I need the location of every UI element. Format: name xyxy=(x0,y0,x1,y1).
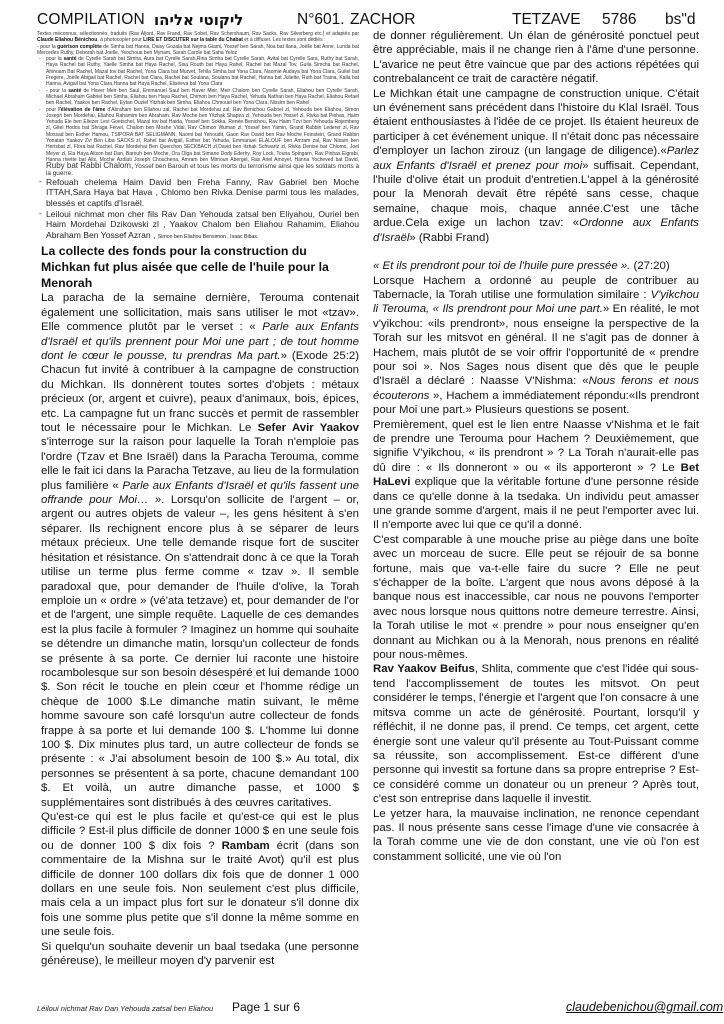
article-paragraph: « Et ils prendront pour toi de l'huile p… xyxy=(373,259,699,273)
emphasized-source: Rambam xyxy=(222,840,270,852)
parsha-name-1: ZACHOR xyxy=(350,11,415,29)
article-paragraph: Si quelqu'un souhaite devenir un baal ts… xyxy=(37,940,359,969)
paragraph-text: Premièrement, quel est le lien entre Naa… xyxy=(373,419,699,474)
paragraph-text: ». Lorsqu'on sollicite de l'argent – or,… xyxy=(41,494,359,809)
paragraph-text: (27:20) xyxy=(630,260,669,272)
paragraph-text: Le Michkan était une campagne de constru… xyxy=(373,88,699,158)
article-title: La collecte des fonds pour la constructi… xyxy=(37,243,359,291)
dedication-prefix: pour la xyxy=(40,44,55,50)
quoted-verse: « Et ils prendront pour toi de l'huile p… xyxy=(373,260,630,272)
paragraph-gap xyxy=(373,245,699,259)
lire-discuter: LIRE ET DISCUTER sur la table du Chabat xyxy=(143,37,243,43)
paragraph-text: explique que la véritable fortune d'une … xyxy=(373,476,699,531)
article-paragraph: Qu'est-ce qui est le plus facile et qu'e… xyxy=(37,810,359,940)
sources-text: Textes méconnus, sélectionnés, traduits … xyxy=(37,31,359,37)
article-paragraph: de donner régulièrement. Un élan de géné… xyxy=(373,29,699,87)
paragraph-text: » (Rabbi Frand) xyxy=(409,232,489,244)
parsha-name-2: TETZAVE xyxy=(512,11,581,29)
bsd-mark: bs"d xyxy=(665,11,696,29)
article-paragraph: Premièrement, quel est le lien entre Naa… xyxy=(373,418,699,533)
dedication-keyword: guérison complète xyxy=(57,44,102,50)
dedication-keyword: l'élévation de l'âme xyxy=(58,107,105,113)
refouah-chelema: Refouah chelema Haim David ben Freha Fan… xyxy=(37,177,359,209)
leiloui-small: Simon ben Eliahou Bensimon , Isaac Bibas… xyxy=(158,234,259,240)
dedication-prefix: pour la xyxy=(46,56,62,62)
page-footer: Léiloui nichmat Rav Dan Yehouda zatsal b… xyxy=(0,1001,724,1019)
email-link[interactable]: claudebenichou@gmail.com xyxy=(566,1000,723,1014)
article-paragraph: Le yetzer hara, la mauvaise inclination,… xyxy=(373,807,699,865)
leiloui-nichmat: Leiloui nichmat mon cher fils Rav Dan Ye… xyxy=(37,209,359,243)
article-paragraph: Le Michkan était une campagne de constru… xyxy=(373,87,699,245)
author-name: Claude Eliahou Bénichou xyxy=(37,37,97,43)
hebrew-title: ליקוטי אליהו xyxy=(154,11,243,29)
dedication-health-2: - pour la santé de Haver Meir ben Saul, … xyxy=(37,88,359,107)
left-article-body: La paracha de la semaine dernière, Terou… xyxy=(37,291,359,968)
dedication-names: d'Abraham ben Eliahou zal, Rachel bat Mo… xyxy=(46,107,359,163)
dedication-names: de Cyrelle Sarah bat Simha, Aura bat Cyr… xyxy=(46,56,359,87)
dedication-keyword: santé xyxy=(63,56,76,62)
dedication-names: de Haver Meir ben Saul, Emmanuel Saul be… xyxy=(46,88,359,107)
intro-sources: Textes méconnus, sélectionnés, traduits … xyxy=(37,31,359,44)
article-paragraph: La paracha de la semaine dernière, Terou… xyxy=(37,291,359,810)
paragraph-text: C'est comparable à une mouche prise au p… xyxy=(373,534,699,661)
sources-text-3: et à diffuser. Les textes sont dédiés : xyxy=(244,37,325,43)
emphasized-source: Sefer Avir Yaakov xyxy=(258,422,359,434)
issue-number: N°601. xyxy=(297,11,345,29)
dedication-prefix: pour xyxy=(46,107,56,113)
page-header: COMPILATION ליקוטי אליהו N°601. ZACHOR T… xyxy=(37,11,704,31)
dedication-keyword: santé xyxy=(68,88,81,94)
article-paragraph: Rav Yaakov Beifus, Shlita, commente que … xyxy=(373,662,699,806)
article-paragraph: Lorsque Hachem a ordonné au peuple de co… xyxy=(373,274,699,418)
right-article-body: de donner régulièrement. Un élan de géné… xyxy=(373,29,699,864)
hebrew-year: 5786 xyxy=(602,11,636,29)
dedication-health-1: pour la santé de Cyrelle Sarah bat Simha… xyxy=(37,56,359,87)
page-number: Page 1 sur 6 xyxy=(232,1000,300,1014)
right-column: de donner régulièrement. Un élan de géné… xyxy=(373,29,699,864)
sources-text-2: , à photocopier pour xyxy=(97,37,141,43)
footer-dedication: Léiloui nichmat Rav Dan Yehouda zatsal b… xyxy=(37,1004,213,1013)
paragraph-text: Si quelqu'un souhaite devenir un baal ts… xyxy=(41,941,359,967)
dedication-memory: pour l'élévation de l'âme d'Abraham ben … xyxy=(37,107,359,177)
paragraph-text: de donner régulièrement. Un élan de géné… xyxy=(373,30,699,85)
paragraph-text: , Shlita, commente que c'est l'idée qui … xyxy=(373,663,699,805)
left-column: Textes méconnus, sélectionnés, traduits … xyxy=(37,31,359,968)
paragraph-text: Le yetzer hara, la mauvaise inclination,… xyxy=(373,808,699,863)
paragraph-text: écrit (dans son commentaire de la Mishna… xyxy=(41,840,359,938)
article-paragraph: C'est comparable à une mouche prise au p… xyxy=(373,533,699,663)
compilation-title: COMPILATION xyxy=(37,11,145,29)
emphasized-source: Rav Yaakov Beifus xyxy=(373,663,475,675)
dedication-healing: - pour la guérison complète de Simha bat… xyxy=(37,44,359,57)
dedication-prefix: - pour la xyxy=(46,88,66,94)
